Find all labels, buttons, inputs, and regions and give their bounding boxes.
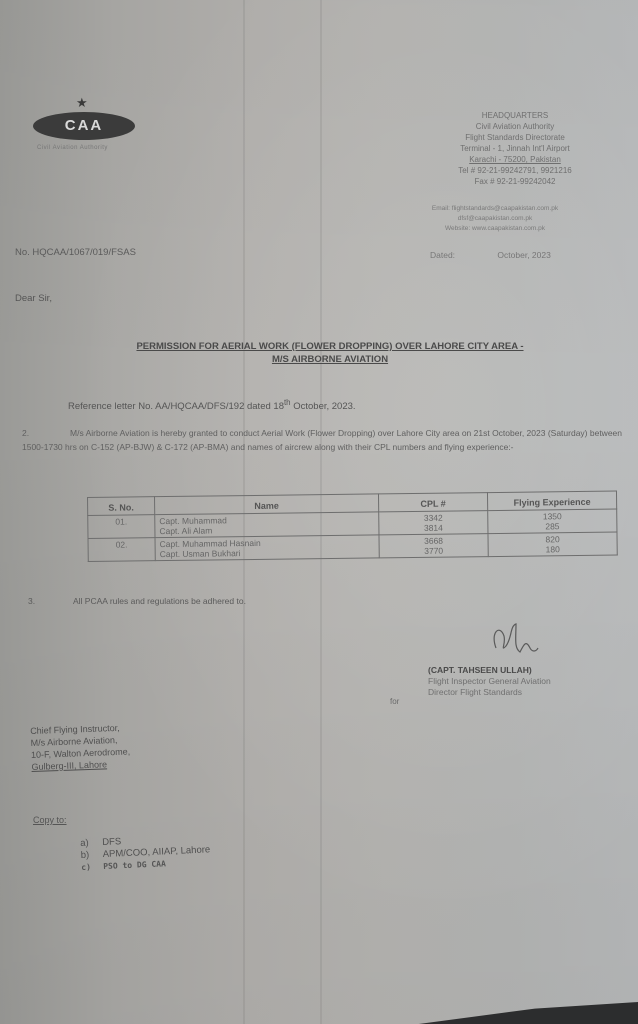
reference-number: No. HQCAA/1067/019/FSAS <box>15 247 136 258</box>
logo-oval: CAA <box>33 112 135 140</box>
paragraph-text: M/s Airborne Aviation is hereby granted … <box>22 428 622 452</box>
paragraph-number: 3. <box>28 596 73 606</box>
copy-to-label: Copy to: <box>33 815 67 825</box>
signatory-title: Flight Inspector General Aviation <box>428 676 551 687</box>
for-label: for <box>390 697 399 706</box>
header-cpl: CPL # <box>378 493 487 512</box>
signature-icon <box>486 618 546 662</box>
paragraph-2: 2.M/s Airborne Aviation is hereby grante… <box>22 426 632 454</box>
copy-to-list: a)DFS b)APM/COO, AIIAP, Lahore c)PSO to … <box>80 832 211 874</box>
headquarters-address: HEADQUARTERS Civil Aviation Authority Fl… <box>400 110 630 187</box>
paragraph-number: 2. <box>22 426 70 440</box>
signatory-block: (CAPT. TAHSEEN ULLAH) Flight Inspector G… <box>428 665 551 698</box>
dated-label: Dated: <box>430 250 455 260</box>
dark-surface-edge <box>380 1002 638 1024</box>
dated-line: Dated: October, 2023 <box>430 250 591 260</box>
signatory-name: (CAPT. TAHSEEN ULLAH) <box>428 665 551 676</box>
signatory-title: Director Flight Standards <box>428 687 551 698</box>
dated-value: October, 2023 <box>497 250 550 260</box>
subject-heading: PERMISSION FOR AERIAL WORK (FLOWER DROPP… <box>60 340 600 366</box>
caa-logo: ★ CAA Civil Aviation Authority <box>33 95 137 165</box>
reference-letter: Reference letter No. AA/HQCAA/DFS/192 da… <box>68 398 356 412</box>
paragraph-3: 3.All PCAA rules and regulations be adhe… <box>28 596 246 606</box>
contact-info: Email: flightstandards@caapakistan.com.p… <box>370 204 620 234</box>
header-sno: S. No. <box>88 497 155 516</box>
header-experience: Flying Experience <box>487 491 616 511</box>
salutation: Dear Sir, <box>15 293 52 304</box>
star-icon: ★ <box>76 95 88 111</box>
addressee-block: Chief Flying Instructor, M/s Airborne Av… <box>30 722 131 773</box>
aircrew-table: S. No. Name CPL # Flying Experience 01. … <box>87 491 618 562</box>
paragraph-text: All PCAA rules and regulations be adhere… <box>73 596 246 606</box>
logo-subtext: Civil Aviation Authority <box>37 145 108 151</box>
